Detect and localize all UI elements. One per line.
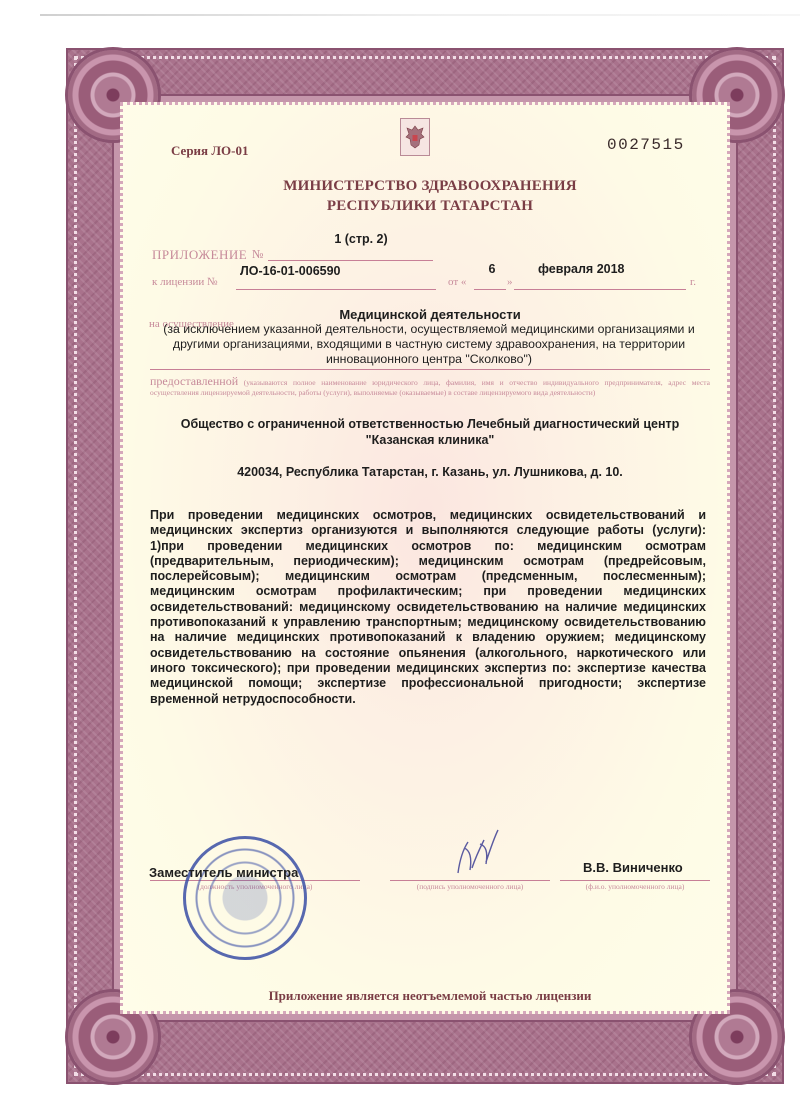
license-underline <box>236 289 436 290</box>
granted-hint-block: предоставленной (указываются полное наим… <box>150 376 710 398</box>
series-label: Серия ЛО-01 <box>171 143 248 159</box>
license-label: к лицензии № <box>152 276 218 288</box>
date-prefix: от « <box>448 276 466 288</box>
date-quote: » <box>507 276 513 288</box>
footer-note: Приложение является неотъемлемой частью … <box>150 988 710 1004</box>
services-text: При проведении медицинских осмотров, мед… <box>150 508 706 707</box>
official-seal-icon <box>183 836 307 960</box>
appendix-number-sign: № <box>252 247 263 262</box>
name-caption: (ф.и.о. уполномоченного лица) <box>560 882 710 891</box>
month-underline <box>514 289 686 290</box>
appendix-underline <box>268 260 433 261</box>
signatory-name: В.В. Виниченко <box>583 860 683 875</box>
handwritten-signature-icon <box>450 828 510 878</box>
activity-underline <box>150 369 710 370</box>
organization-name: Общество с ограниченной ответственностью… <box>150 416 710 448</box>
name-underline <box>560 880 710 881</box>
signatory-position: Заместитель министра <box>149 865 298 880</box>
coat-of-arms-icon <box>400 118 430 156</box>
day-underline <box>474 289 506 290</box>
license-day-value: 6 <box>480 262 504 276</box>
appendix-number-value: 1 (стр. 2) <box>296 232 426 246</box>
signature-underline <box>390 880 550 881</box>
license-number-value: ЛО-16-01-006590 <box>240 264 390 278</box>
activity-note: (за исключением указанной деятельности, … <box>148 322 710 367</box>
ministry-title-line1: МИНИСТЕРСТВО ЗДРАВООХРАНЕНИЯ <box>150 178 710 195</box>
document-number: 0027515 <box>607 136 685 154</box>
activity-title: Медицинской деятельности <box>150 307 710 322</box>
organization-address: 420034, Республика Татарстан, г. Казань,… <box>150 465 710 479</box>
ministry-title-line2: РЕСПУБЛИКИ ТАТАРСТАН <box>150 198 710 215</box>
signature-caption: (подпись уполномоченного лица) <box>390 882 550 891</box>
year-suffix: г. <box>690 276 696 288</box>
license-month-year-value: февраля 2018 <box>538 262 625 276</box>
granted-label: предоставленной <box>150 374 238 388</box>
scan-edge <box>40 14 800 16</box>
appendix-label: ПРИЛОЖЕНИЕ <box>152 247 247 263</box>
